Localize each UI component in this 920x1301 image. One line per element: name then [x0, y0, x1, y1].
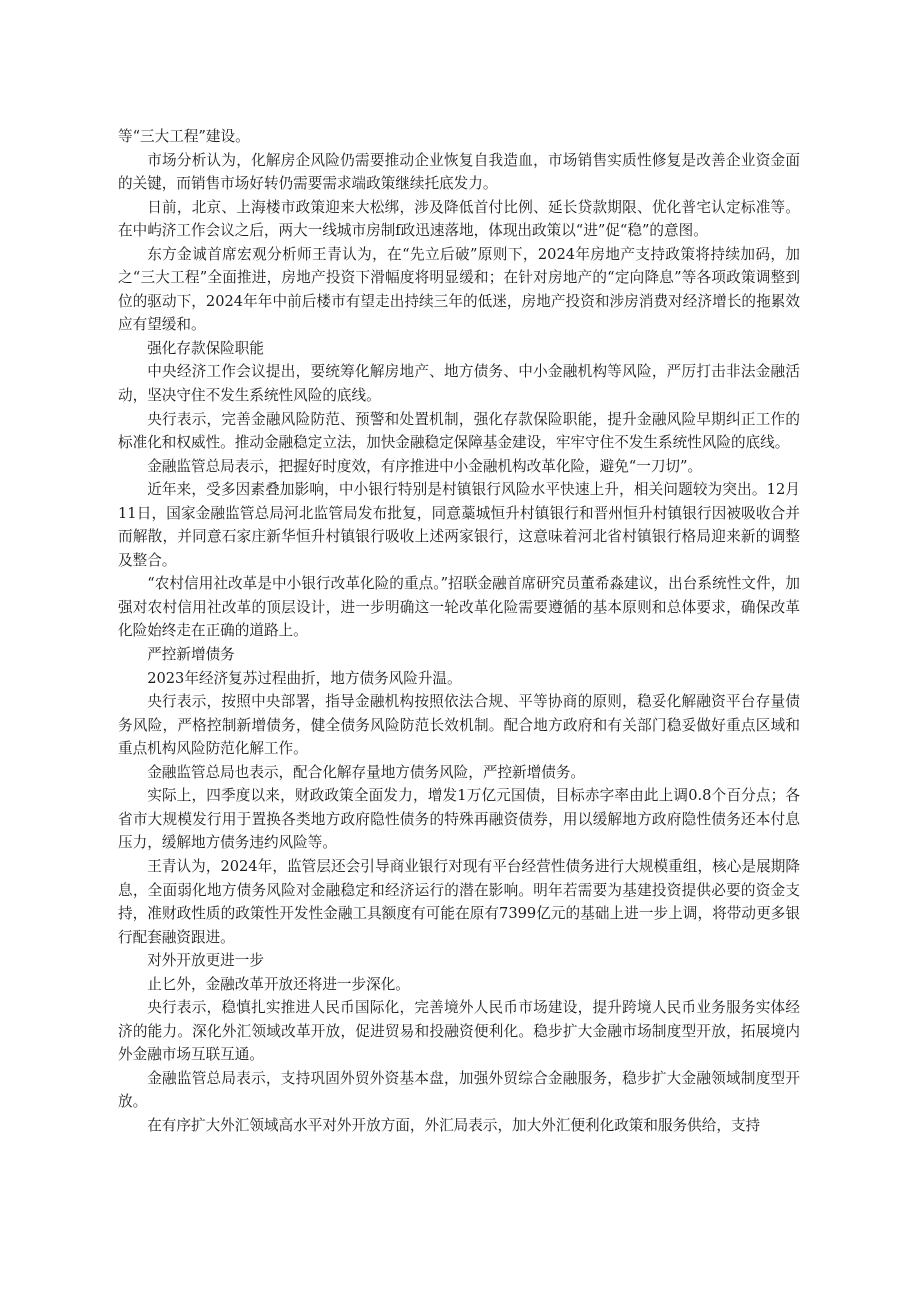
paragraph: 王青认为，2024年，监管层还会引导商业银行对现有平台经营性债务进行大规模重组，…: [118, 855, 800, 949]
paragraph: 2023年经济复苏过程曲折，地方债务风险升温。: [118, 667, 800, 691]
section-heading-opening-up: 对外开放更进一步: [118, 949, 800, 973]
paragraph: “农村信用社改革是中小银行改革化险的重点。”招联金融首席研究员董希淼建议，出台系…: [118, 572, 800, 643]
paragraph: 金融监管总局表示，把握好时度效，有序推进中小金融机构改革化险，避免“一刀切”。: [118, 455, 800, 479]
paragraph: 中央经济工作会议提出，要统筹化解房地产、地方债务、中小金融机构等风险，严厉打击非…: [118, 360, 800, 407]
paragraph: 央行表示，完善金融风险防范、预警和处置机制，强化存款保险职能，提升金融风险早期纠…: [118, 408, 800, 455]
paragraph: 实际上，四季度以来，财政政策全面发力，增发1万亿元国债，目标赤字率由此上调0.8…: [118, 784, 800, 855]
section-heading-deposit-insurance: 强化存款保险职能: [118, 337, 800, 361]
paragraph: 近年来，受多因素叠加影响，中小银行特别是村镇银行风险水平快速上升，相关问题较为突…: [118, 478, 800, 572]
paragraph: 央行表示，按照中央部署，指导金融机构按照依法合规、平等协商的原则，稳妥化解融资平…: [118, 690, 800, 761]
paragraph: 东方金诚首席宏观分析师王青认为，在“先立后破”原则下，2024年房地产支持政策将…: [118, 243, 800, 337]
paragraph: 市场分析认为，化解房企风险仍需要推动企业恢复自我造血，市场销售实质性修复是改善企…: [118, 149, 800, 196]
paragraph: 止匕外，金融改革开放还将进一步深化。: [118, 973, 800, 997]
paragraph: 金融监管总局表示，支持巩固外贸外资基本盘，加强外贸综合金融服务，稳步扩大金融领域…: [118, 1067, 800, 1114]
section-heading-new-debt-control: 严控新增债务: [118, 643, 800, 667]
document-page: 等“三大工程”建设。 市场分析认为，化解房企风险仍需要推动企业恢复自我造血，市场…: [118, 125, 800, 1138]
paragraph: 在有序扩大外汇领域高水平对外开放方面，外汇局表示，加大外汇便利化政策和服务供给，…: [118, 1114, 800, 1138]
paragraph-continuation: 等“三大工程”建设。: [118, 125, 800, 149]
paragraph: 金融监管总局也表示，配合化解存量地方债务风险，严控新增债务。: [118, 761, 800, 785]
paragraph: 央行表示，稳慎扎实推进人民币国际化，完善境外人民币市场建设，提升跨境人民币业务服…: [118, 996, 800, 1067]
paragraph: 日前，北京、上海楼市政策迎来大松绑，涉及降低首付比例、延长贷款期限、优化普宅认定…: [118, 196, 800, 243]
